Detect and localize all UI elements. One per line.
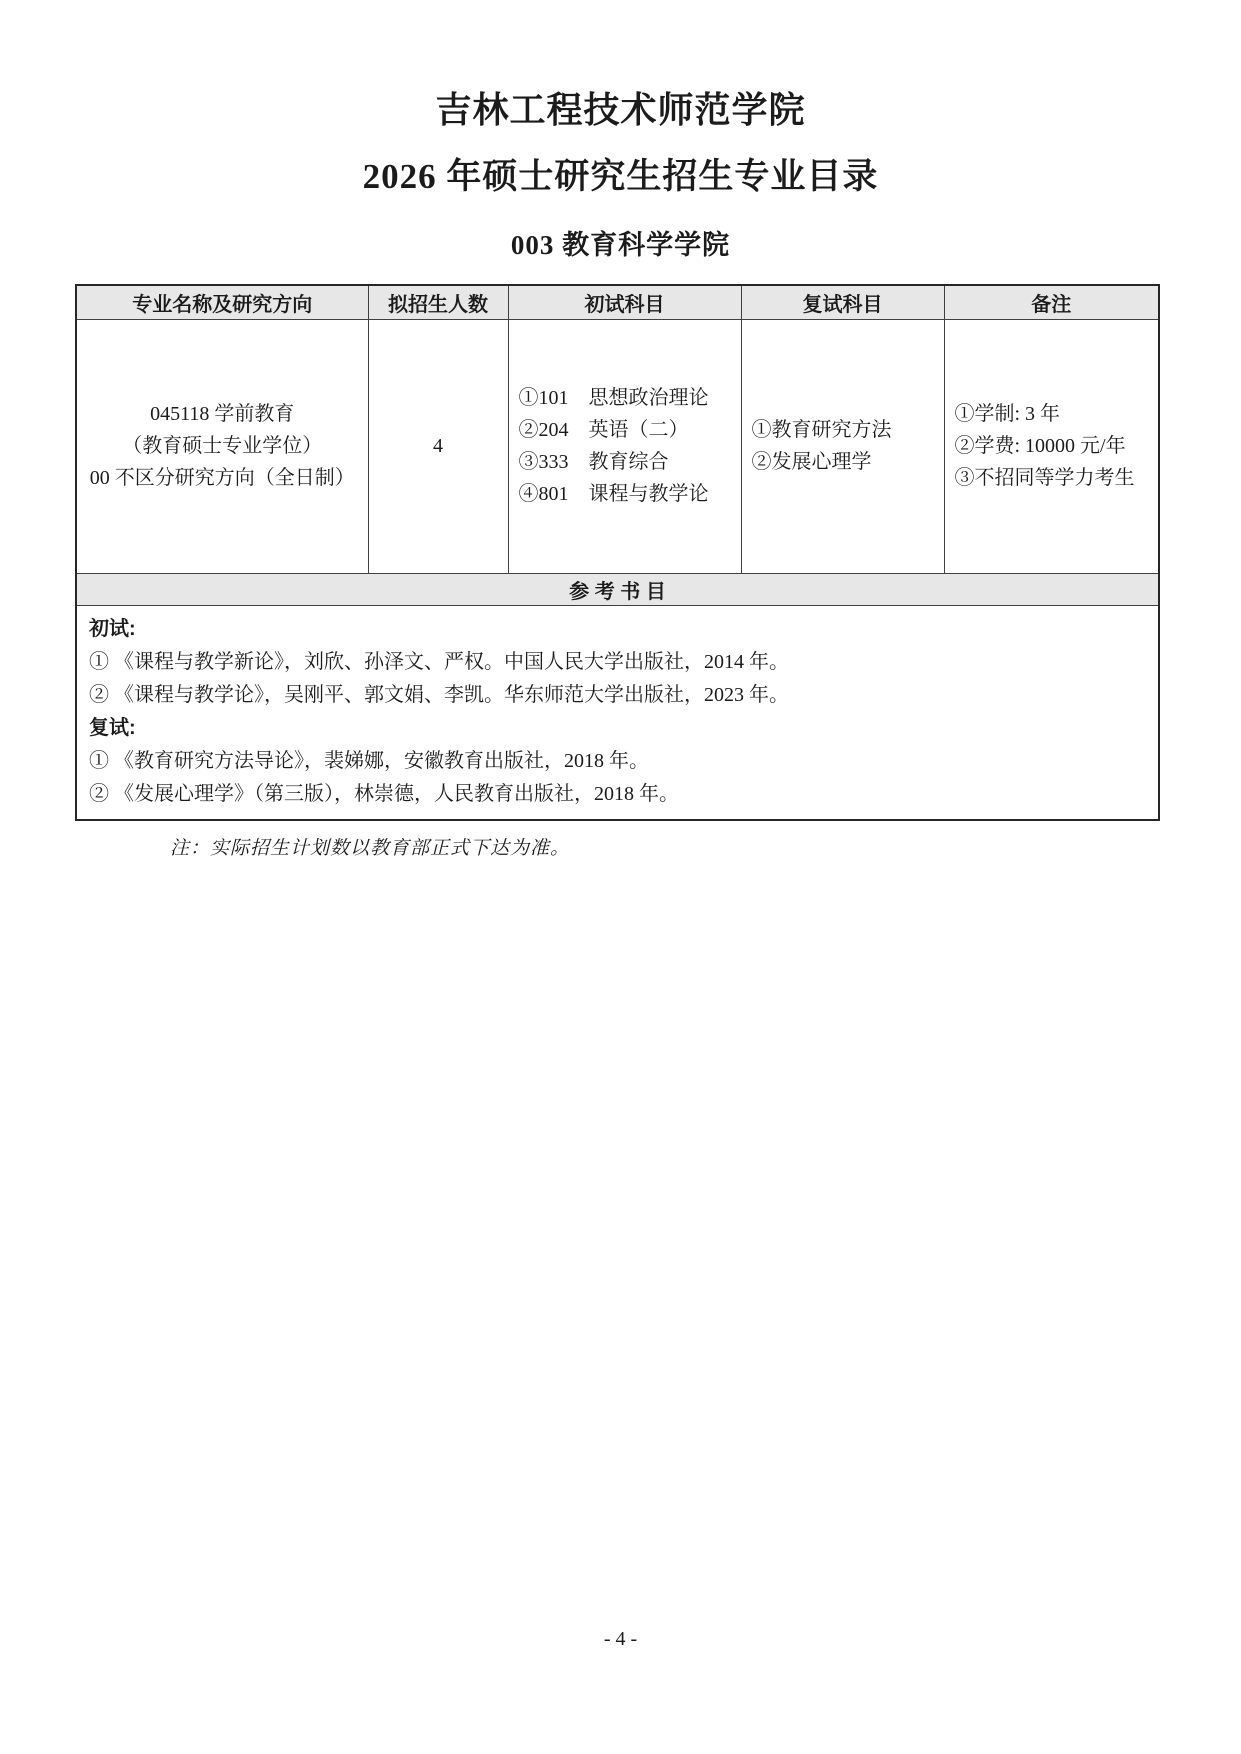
initial-subject: ④801 课程与教学论 [519, 478, 741, 510]
header-cell-major: 专业名称及研究方向 [76, 285, 368, 319]
page-title-catalog: 2026 年硕士研究生招生专业目录 [0, 149, 1241, 199]
header-cell-initial-exam: 初试科目 [508, 285, 741, 319]
initial-exam-label: 初试: [89, 613, 1148, 646]
reference-header-row: 参 考 书 目 [76, 573, 1159, 605]
header-cell-retest: 复试科目 [741, 285, 944, 319]
admissions-table: 专业名称及研究方向 拟招生人数 初试科目 复试科目 备注 045118 学前教育… [75, 284, 1160, 821]
reference-book-item: ② 《发展心理学》（第三版），林崇德，人民教育出版社，2018 年。 [89, 778, 1148, 811]
major-direction: 00 不区分研究方向（全日制） [77, 462, 368, 494]
reference-book-item: ② 《课程与教学论》，吴刚平、郭文娟、李凯。华东师范大学出版社，2023 年。 [89, 679, 1148, 712]
reference-body-row: 初试: ① 《课程与教学新论》，刘欣、孙泽文、严权。中国人民大学出版社，2014… [76, 605, 1159, 820]
page-number: - 4 - [0, 1628, 1241, 1651]
initial-subject: ②204 英语（二） [519, 414, 741, 446]
section-title: 003 教育科学学院 [0, 223, 1241, 262]
header-cell-quota: 拟招生人数 [368, 285, 508, 319]
table-row: 045118 学前教育 （教育硕士专业学位） 00 不区分研究方向（全日制） 4… [76, 319, 1159, 573]
initial-exam-cell: ①101 思想政治理论 ②204 英语（二） ③333 教育综合 ④801 课程… [508, 319, 741, 573]
major-cell: 045118 学前教育 （教育硕士专业学位） 00 不区分研究方向（全日制） [76, 319, 368, 573]
reference-books-header: 参 考 书 目 [76, 573, 1159, 605]
remark-item: ③不招同等学力考生 [955, 462, 1159, 494]
reference-book-item: ① 《课程与教学新论》，刘欣、孙泽文、严权。中国人民大学出版社，2014 年。 [89, 646, 1148, 679]
retest-cell: ①教育研究方法 ②发展心理学 [741, 319, 944, 573]
remarks-cell: ①学制: 3 年 ②学费: 10000 元/年 ③不招同等学力考生 [944, 319, 1159, 573]
initial-subject: ①101 思想政治理论 [519, 382, 741, 414]
retest-label: 复试: [89, 712, 1148, 745]
retest-subject: ①教育研究方法 [752, 414, 944, 446]
document-header: 吉林工程技术师范学院 2026 年硕士研究生招生专业目录 003 教育科学学院 [0, 82, 1241, 262]
remark-item: ①学制: 3 年 [955, 398, 1159, 430]
reference-book-item: ① 《教育研究方法导论》，裴娣娜，安徽教育出版社，2018 年。 [89, 745, 1148, 778]
retest-subject: ②发展心理学 [752, 446, 944, 478]
table-header-row: 专业名称及研究方向 拟招生人数 初试科目 复试科目 备注 [76, 285, 1159, 319]
note-text: 注：实际招生计划数以教育部正式下达为准。 [170, 833, 1241, 860]
remark-item: ②学费: 10000 元/年 [955, 430, 1159, 462]
initial-subject: ③333 教育综合 [519, 446, 741, 478]
header-cell-remarks: 备注 [944, 285, 1159, 319]
page-title-university: 吉林工程技术师范学院 [0, 82, 1241, 133]
reference-books-cell: 初试: ① 《课程与教学新论》，刘欣、孙泽文、严权。中国人民大学出版社，2014… [76, 605, 1159, 820]
major-code-name: 045118 学前教育 [77, 398, 368, 430]
quota-cell: 4 [368, 319, 508, 573]
major-degree-type: （教育硕士专业学位） [77, 430, 368, 462]
document-page: 吉林工程技术师范学院 2026 年硕士研究生招生专业目录 003 教育科学学院 … [0, 0, 1241, 1754]
